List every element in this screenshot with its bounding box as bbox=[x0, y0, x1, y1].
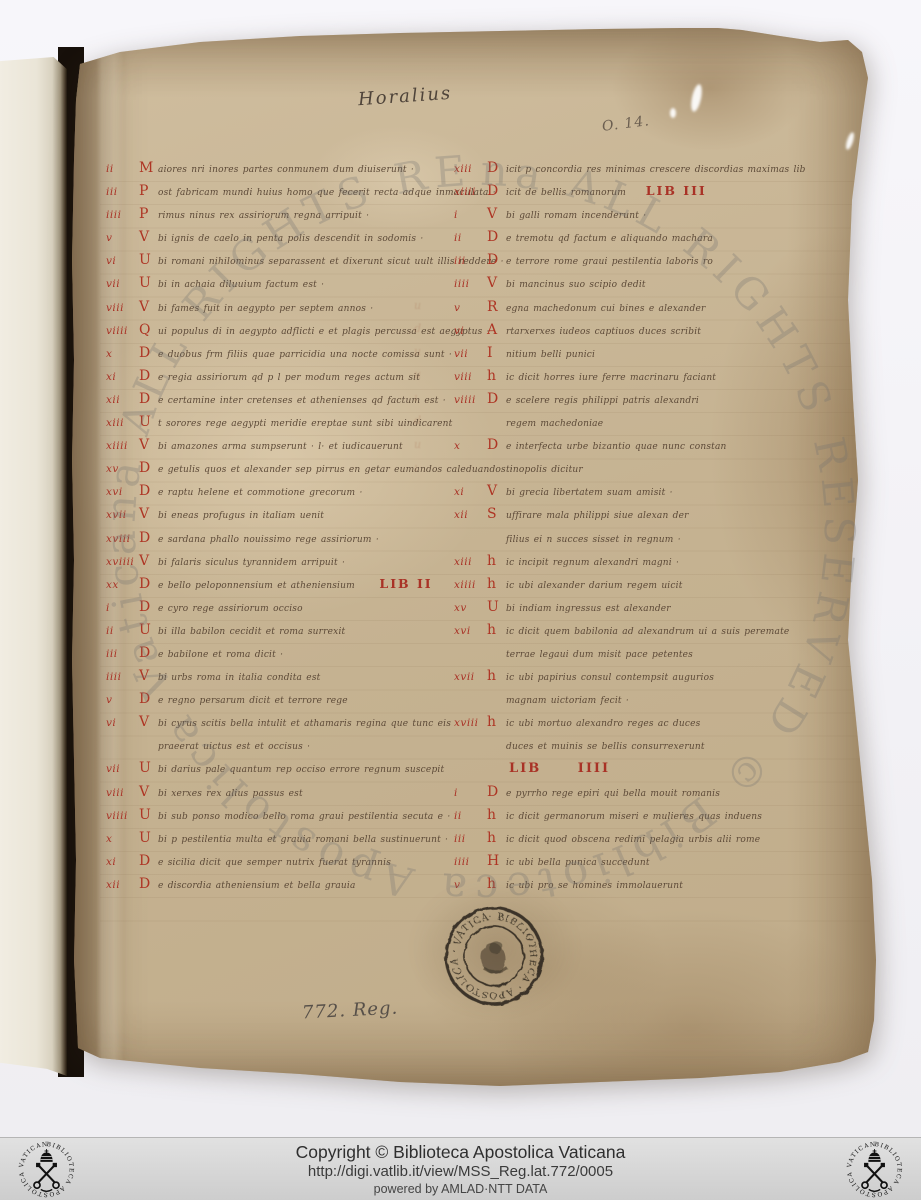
toc-row: XVIIVbi eneas profugus in italiam uenit bbox=[106, 502, 478, 525]
toc-row: VIIIIUbi sub ponso modico bello roma gra… bbox=[106, 803, 478, 826]
toc-row: XIVbi grecia libertatem suam amisit · bbox=[454, 479, 826, 502]
folio-mark: O. 14. bbox=[601, 113, 650, 135]
toc-row: VIIInitium belli punici bbox=[454, 341, 826, 364]
toc-row: IIIPost fabricam mundi huius homo que fe… bbox=[106, 179, 478, 202]
toc-row: XIIDe certamine inter cretenses et athen… bbox=[106, 387, 478, 410]
toc-row: VIIIhic dicit horres iure ferre macrinar… bbox=[454, 364, 826, 387]
toc-row: VIIIIDe scelere regis philippi patris al… bbox=[454, 387, 826, 410]
digitized-page-photo: Horalius O. 14. IIMaiores nri inores par… bbox=[0, 0, 921, 1137]
shelfmark-inscription: 772. Reg. bbox=[302, 997, 399, 1023]
toc-row: IIIIHic ubi bella punica succedunt bbox=[454, 849, 826, 872]
vatican-library-logo-right: BIBLIOTECA APOSTOLICA VATICANA bbox=[846, 1141, 903, 1198]
toc-row: XIIIhic incipit regnum alexandri magni · bbox=[454, 549, 826, 572]
toc-row: XVIIIDe sardana phallo nouissimo rege as… bbox=[106, 526, 478, 549]
viewer-footer: BIBLIOTECA APOSTOLICA VATICANA Copyright… bbox=[0, 1137, 921, 1200]
toc-row: VIIIIQui populus di in aegypto adflicti … bbox=[106, 318, 478, 341]
footer-powered-by: powered by AMLAD·NTT DATA bbox=[0, 1182, 921, 1196]
toc-row-wrap: duces et muinis se bellis consurrexerunt bbox=[454, 733, 826, 756]
toc-row: VRegna machedonum cui bines e alexander bbox=[454, 295, 826, 318]
toc-row: IIIIPrimus ninus rex assiriorum regna ar… bbox=[106, 202, 478, 225]
toc-row: XDe interfecta urbe bizantio quae nunc c… bbox=[454, 433, 826, 456]
toc-row: XDe duobus frm filiis quae parricidia un… bbox=[106, 341, 478, 364]
toc-row: VIIUbi in achaia diluuium factum est · bbox=[106, 271, 478, 294]
toc-row: VIIIVbi fames fuit in aegypto per septem… bbox=[106, 295, 478, 318]
toc-row: VIIIVbi xerxes rex alius passus est bbox=[106, 780, 478, 803]
toc-row: VIUbi romani nihilominus separassent et … bbox=[106, 248, 478, 271]
toc-row: XIIIUt sorores rege aegypti meridie erep… bbox=[106, 410, 478, 433]
footer-url: http://digi.vatlib.it/view/MSS_Reg.lat.7… bbox=[0, 1163, 921, 1180]
toc-row: XVIIIIVbi falaris siculus tyrannidem arr… bbox=[106, 549, 478, 572]
toc-row: XVIhic dicit quem babilonia ad alexandru… bbox=[454, 618, 826, 641]
toc-row-wrap: regem machedoniae bbox=[454, 410, 826, 433]
toc-row: XVIIhic ubi papirius consul contempsit a… bbox=[454, 664, 826, 687]
digitized-manuscript-viewer: { "manuscript": { "top_inscription": "Ho… bbox=[0, 0, 921, 1200]
toc-row: IIIIVbi mancinus suo scipio dedit bbox=[454, 271, 826, 294]
toc-row: VIVbi cyrus scitis bella intulit et atha… bbox=[106, 710, 478, 733]
toc-row: IIhic dicit germanorum miseri e mulieres… bbox=[454, 803, 826, 826]
library-stamp: · BIBLIOTHECA · APOSTOLICA · VATICANA · bbox=[431, 893, 557, 1019]
toc-row: VVbi ignis de caelo in penta polis desce… bbox=[106, 225, 478, 248]
toc-row: XIDe sicilia dicit que semper nutrix fue… bbox=[106, 849, 478, 872]
toc-row: IIIIVbi urbs roma in italia condita est bbox=[106, 664, 478, 687]
stamp-center-figure bbox=[479, 940, 508, 975]
glare-spot bbox=[844, 132, 855, 151]
toc-column-right: XIIIDicit p concordia res minimas cresce… bbox=[454, 156, 826, 895]
toc-row: IIIhic dicit quod obscena redimi pelagia… bbox=[454, 826, 826, 849]
toc-column-left: IIMaiores nri inores partes conmunem dum… bbox=[106, 156, 478, 895]
toc-row: XIIIDicit p concordia res minimas cresce… bbox=[454, 156, 826, 179]
toc-row: XIISuffirare mala philippi siue alexan d… bbox=[454, 502, 826, 525]
toc-row-wrap: magnam uictoriam fecit · bbox=[454, 687, 826, 710]
toc-row: XXDe bello peloponnensium et atheniensiu… bbox=[106, 572, 478, 595]
toc-row: IIIDe terrore rome graui pestilentia lab… bbox=[454, 248, 826, 271]
toc-row-wrap: terrae legaui dum misit pace petentes bbox=[454, 641, 826, 664]
toc-row-wrap: praeerat uictus est et occisus · bbox=[106, 733, 478, 756]
toc-row: XIIIIhic ubi alexander darium regem uici… bbox=[454, 572, 826, 595]
glare-spot bbox=[670, 108, 676, 118]
manuscript-page-wrap: Horalius O. 14. IIMaiores nri inores par… bbox=[70, 28, 882, 1086]
footer-copyright-line: Copyright © Biblioteca Apostolica Vatica… bbox=[0, 1142, 921, 1163]
title-inscription: Horalius bbox=[357, 83, 452, 111]
toc-row: XVUbi indiam ingressus est alexander bbox=[454, 595, 826, 618]
toc-row: IIDe tremotu qd factum e aliquando macha… bbox=[454, 225, 826, 248]
toc-row: IIUbi illa babilon cecidit et roma surre… bbox=[106, 618, 478, 641]
toc-row: XUbi p pestilentia multa et grauia roman… bbox=[106, 826, 478, 849]
toc-row: VIIUbi darius pale quantum rep occiso er… bbox=[106, 756, 478, 779]
toc-row: XVIIIhic ubi mortuo alexandro reges ac d… bbox=[454, 710, 826, 733]
toc-row: VIArtarxerxes iudeos captiuos duces scri… bbox=[454, 318, 826, 341]
ink-bleedthrough: uduuıduı bbox=[414, 294, 421, 479]
toc-row: IDe pyrrho rege epiri qui bella mouit ro… bbox=[454, 780, 826, 803]
manuscript-page: Horalius O. 14. IIMaiores nri inores par… bbox=[70, 28, 882, 1086]
toc-row: XVDe getulis quos et alexander sep pirru… bbox=[106, 456, 478, 479]
toc-row: XVIDe raptu helene et commotione grecoru… bbox=[106, 479, 478, 502]
toc-row: XIDe regia assiriorum qd p l per modum r… bbox=[106, 364, 478, 387]
toc-row: IVbi galli romam incenderunt · bbox=[454, 202, 826, 225]
toc-row-wrap: filius ei n succes sisset in regnum · bbox=[454, 526, 826, 549]
book-heading: LIB IIII bbox=[454, 756, 826, 779]
toc-row: XIIIIVbi amazones arma sumpserunt · l· e… bbox=[106, 433, 478, 456]
toc-row: IIMaiores nri inores partes conmunem dum… bbox=[106, 156, 478, 179]
crossed-keys-tiara-icon bbox=[862, 1149, 887, 1191]
toc-row: IDe cyro rege assiriorum occiso bbox=[106, 595, 478, 618]
toc-row-wrap: tinopolis dicitur bbox=[454, 456, 826, 479]
toc-row: XIIIIDicit de bellis romanorumLIB III bbox=[454, 179, 826, 202]
toc-row: VDe regno persarum dicit et terrore rege bbox=[106, 687, 478, 710]
toc-row: IIIDe babilone et roma dicit · bbox=[106, 641, 478, 664]
facing-flyleaf-edge bbox=[0, 57, 67, 1076]
glare-spot bbox=[689, 83, 704, 112]
